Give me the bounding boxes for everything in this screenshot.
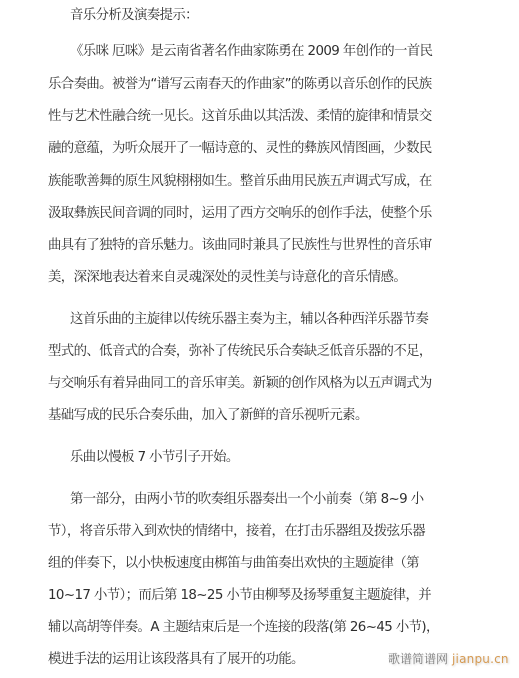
watermark: 歌谱简谱网jianpu.cn: [388, 650, 509, 667]
paragraph-1-line-7: 曲具有了独特的音乐魅力。该曲同时兼具了民族性与世界性的音乐审: [48, 238, 432, 254]
paragraph-4-line-4: 10~17 小节）；而后第 18~25 小节由柳琴及扬琴重复主题旋律，并: [48, 588, 431, 604]
watermark-site-name: 歌谱简谱网: [388, 652, 448, 666]
paragraph-1-line-8: 美，深深地表达着来自灵魂深处的灵性美与诗意化的音乐情感。: [48, 270, 406, 286]
paragraph-1-line-2: 乐合奏曲。被誉为“谱写云南春天的作曲家”的陈勇以音乐创作的民族: [48, 77, 432, 93]
watermark-domain: jianpu.cn: [452, 652, 509, 666]
paragraph-1-line-4: 融的意蕴，为听众展开了一幅诗意的、灵性的彝族风情图画，少数民: [48, 141, 432, 157]
paragraph-4-line-2: 节），将音乐带入到欢快的情绪中，接着，在打击乐器组及拨弦乐器: [48, 524, 425, 540]
paragraph-4-line-1: 第一部分，由两小节的吹奏组乐器奏出一个小前奏（第 8~9 小: [70, 492, 424, 508]
paragraph-2-line-3: 与交响乐有着异曲同工的音乐审美。新颖的创作风格为以五声调式为: [48, 376, 432, 392]
paragraph-2-line-4: 基础写成的民乐合奏乐曲，加入了新鲜的音乐视听元素。: [48, 408, 368, 424]
paragraph-3-line-1: 乐曲以慢板 7 小节引子开始。: [70, 450, 239, 466]
paragraph-1-line-6: 汲取彝族民间音调的同时，运用了西方交响乐的创作手法，使整个乐: [48, 206, 432, 222]
paragraph-1-line-5: 族能歌善舞的原生风貌栩栩如生。整首乐曲用民族五声调式写成，在: [48, 174, 432, 190]
paragraph-4-line-6: 模进手法的运用让该段落具有了展开的功能。: [48, 652, 304, 668]
section-heading: 音乐分析及演奏提示：: [70, 8, 198, 24]
paragraph-4-line-3: 组的伴奏下，以小快板速度由梆笛与曲笛奏出欢快的主题旋律（第: [48, 556, 419, 572]
paragraph-1-line-1: 《乐咪 厄咪》是云南省著名作曲家陈勇在 2009 年创作的一首民: [70, 44, 432, 60]
paragraph-1-line-3: 性与艺术性融合统一见长。这首乐曲以其活泼、柔情的旋律和情景交: [48, 109, 432, 125]
paragraph-2-line-2: 型式的、低音式的合奏，弥补了传统民乐合奏缺乏低音乐器的不足，: [48, 344, 432, 360]
paragraph-4-line-5: 辅以高胡等伴奏。A 主题结束后是一个连接的段落(第 26~45 小节)，: [48, 620, 439, 636]
paragraph-2-line-1: 这首乐曲的主旋律以传统乐器主奏为主，辅以各种西洋乐器节奏: [70, 312, 428, 328]
